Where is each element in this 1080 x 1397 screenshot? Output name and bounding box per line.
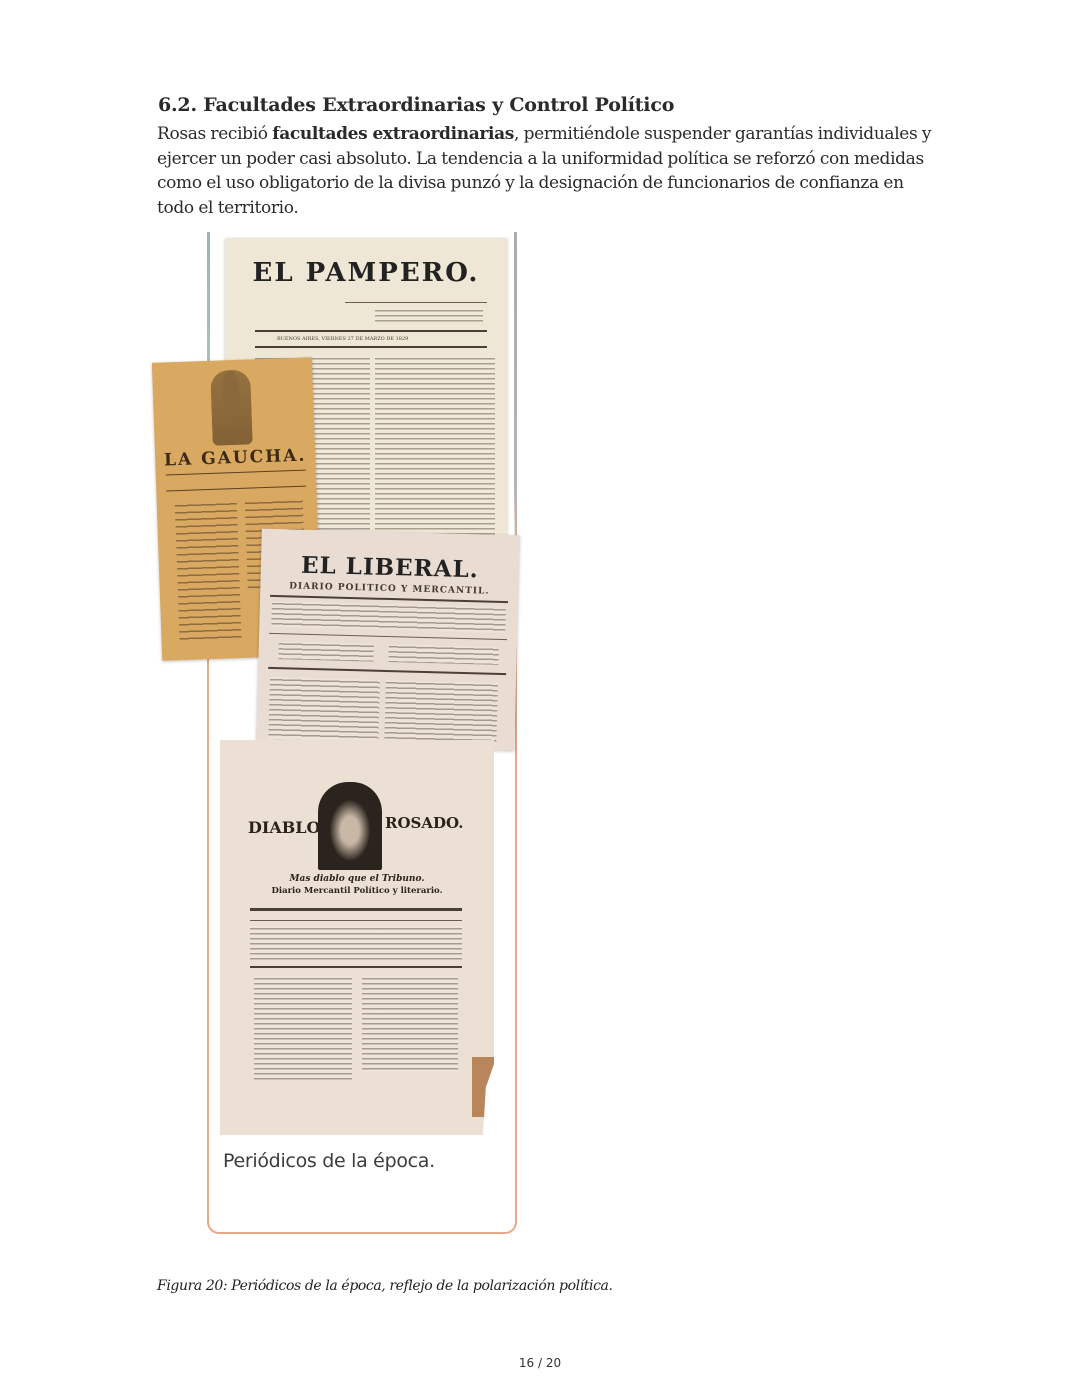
dateline: BUENOS AIRES, VIERNES 27 DE MARZO DE 182… [277, 336, 408, 342]
column-text [175, 500, 242, 642]
intro-text [271, 601, 506, 633]
divider [250, 920, 462, 921]
newspaper-motto: Mas diablo que el Tribuno. [220, 874, 494, 884]
gaucha-engraving [210, 369, 253, 445]
newspaper-diablo-rosado: DIABLO ROSADO. Mas diablo que el Tribuno… [220, 740, 494, 1135]
divider [250, 908, 462, 911]
divider [250, 966, 462, 968]
column-text [362, 976, 458, 1072]
divider [255, 346, 487, 348]
paragraph-bold-term: facultades extraordinarias [272, 124, 514, 144]
diablo-engraving [318, 782, 382, 870]
divider [269, 633, 507, 640]
newspaper-title: EL PAMPERO. [225, 258, 507, 288]
newspaper-subtitle: Diario Mercantil Político y literario. [220, 886, 494, 896]
page-indicator: 16 / 20 [0, 1356, 1080, 1370]
column-text [375, 356, 495, 551]
newspapers-figure: EL PAMPERO. BUENOS AIRES, VIERNES 27 DE … [207, 232, 517, 1234]
divider [166, 470, 306, 476]
newspaper-title: EL LIBERAL. [261, 551, 520, 585]
column-text [268, 677, 380, 742]
newspaper-el-liberal: EL LIBERAL. DIARIO POLITICO Y MERCANTIL. [256, 529, 520, 751]
paragraph-text-start: Rosas recibió [157, 124, 272, 144]
notice-text [278, 641, 373, 661]
column-text [384, 680, 498, 745]
newspaper-title-right: ROSADO. [385, 814, 463, 832]
notice-text [388, 644, 498, 665]
figure-frame-edge [514, 232, 517, 552]
column-text [254, 976, 352, 1080]
section-heading: 6.2. Facultades Extraordinarias y Contro… [158, 94, 674, 116]
epigraph-text [375, 308, 483, 322]
divider [166, 486, 306, 492]
figure-caption: Figura 20: Periódicos de la época, refle… [157, 1278, 613, 1294]
intro-text [250, 926, 462, 960]
newspaper-title: LA GAUCHA. [155, 445, 316, 471]
figure-image-label: Periódicos de la época. [223, 1150, 435, 1172]
section-paragraph: Rosas recibió facultades extraordinarias… [157, 122, 937, 220]
divider [255, 330, 487, 332]
divider [345, 302, 487, 303]
divider [268, 667, 506, 675]
newspaper-title-left: DIABLO [248, 818, 320, 837]
